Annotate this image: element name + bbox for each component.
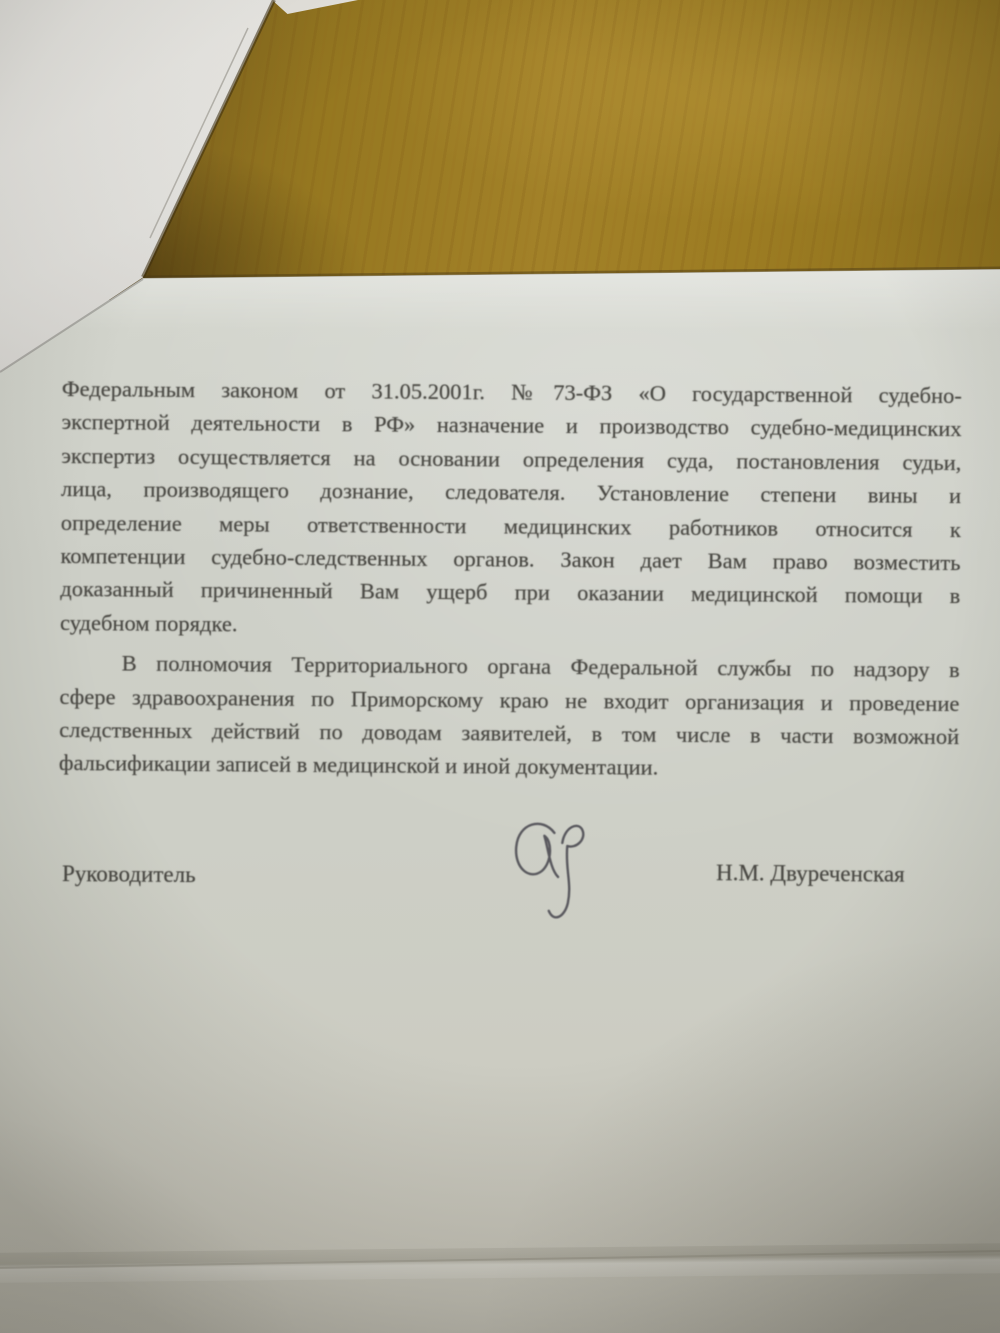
paragraph-2: В полномочия Территориального органа Фед…: [59, 646, 960, 787]
signatory-title: Руководитель: [62, 857, 196, 891]
signature-block: Руководитель Н.М. Двуреченская: [57, 857, 958, 1014]
text-line: судебном порядке.: [60, 606, 960, 646]
document-bottom-crease: [0, 1243, 1000, 1283]
paragraph-1: Федеральным законом от 31.05.2001г. №73-…: [60, 372, 962, 646]
handwritten-signature-icon: [508, 818, 609, 937]
photo-of-document: Федеральным законом от 31.05.2001г. №73-…: [0, 0, 1000, 1333]
signatory-name: Н.М. Двуреченская: [716, 856, 905, 891]
document-text: Федеральным законом от 31.05.2001г. №73-…: [57, 372, 962, 1014]
text-line: фальсификации записей в медицинской и ин…: [59, 746, 959, 786]
